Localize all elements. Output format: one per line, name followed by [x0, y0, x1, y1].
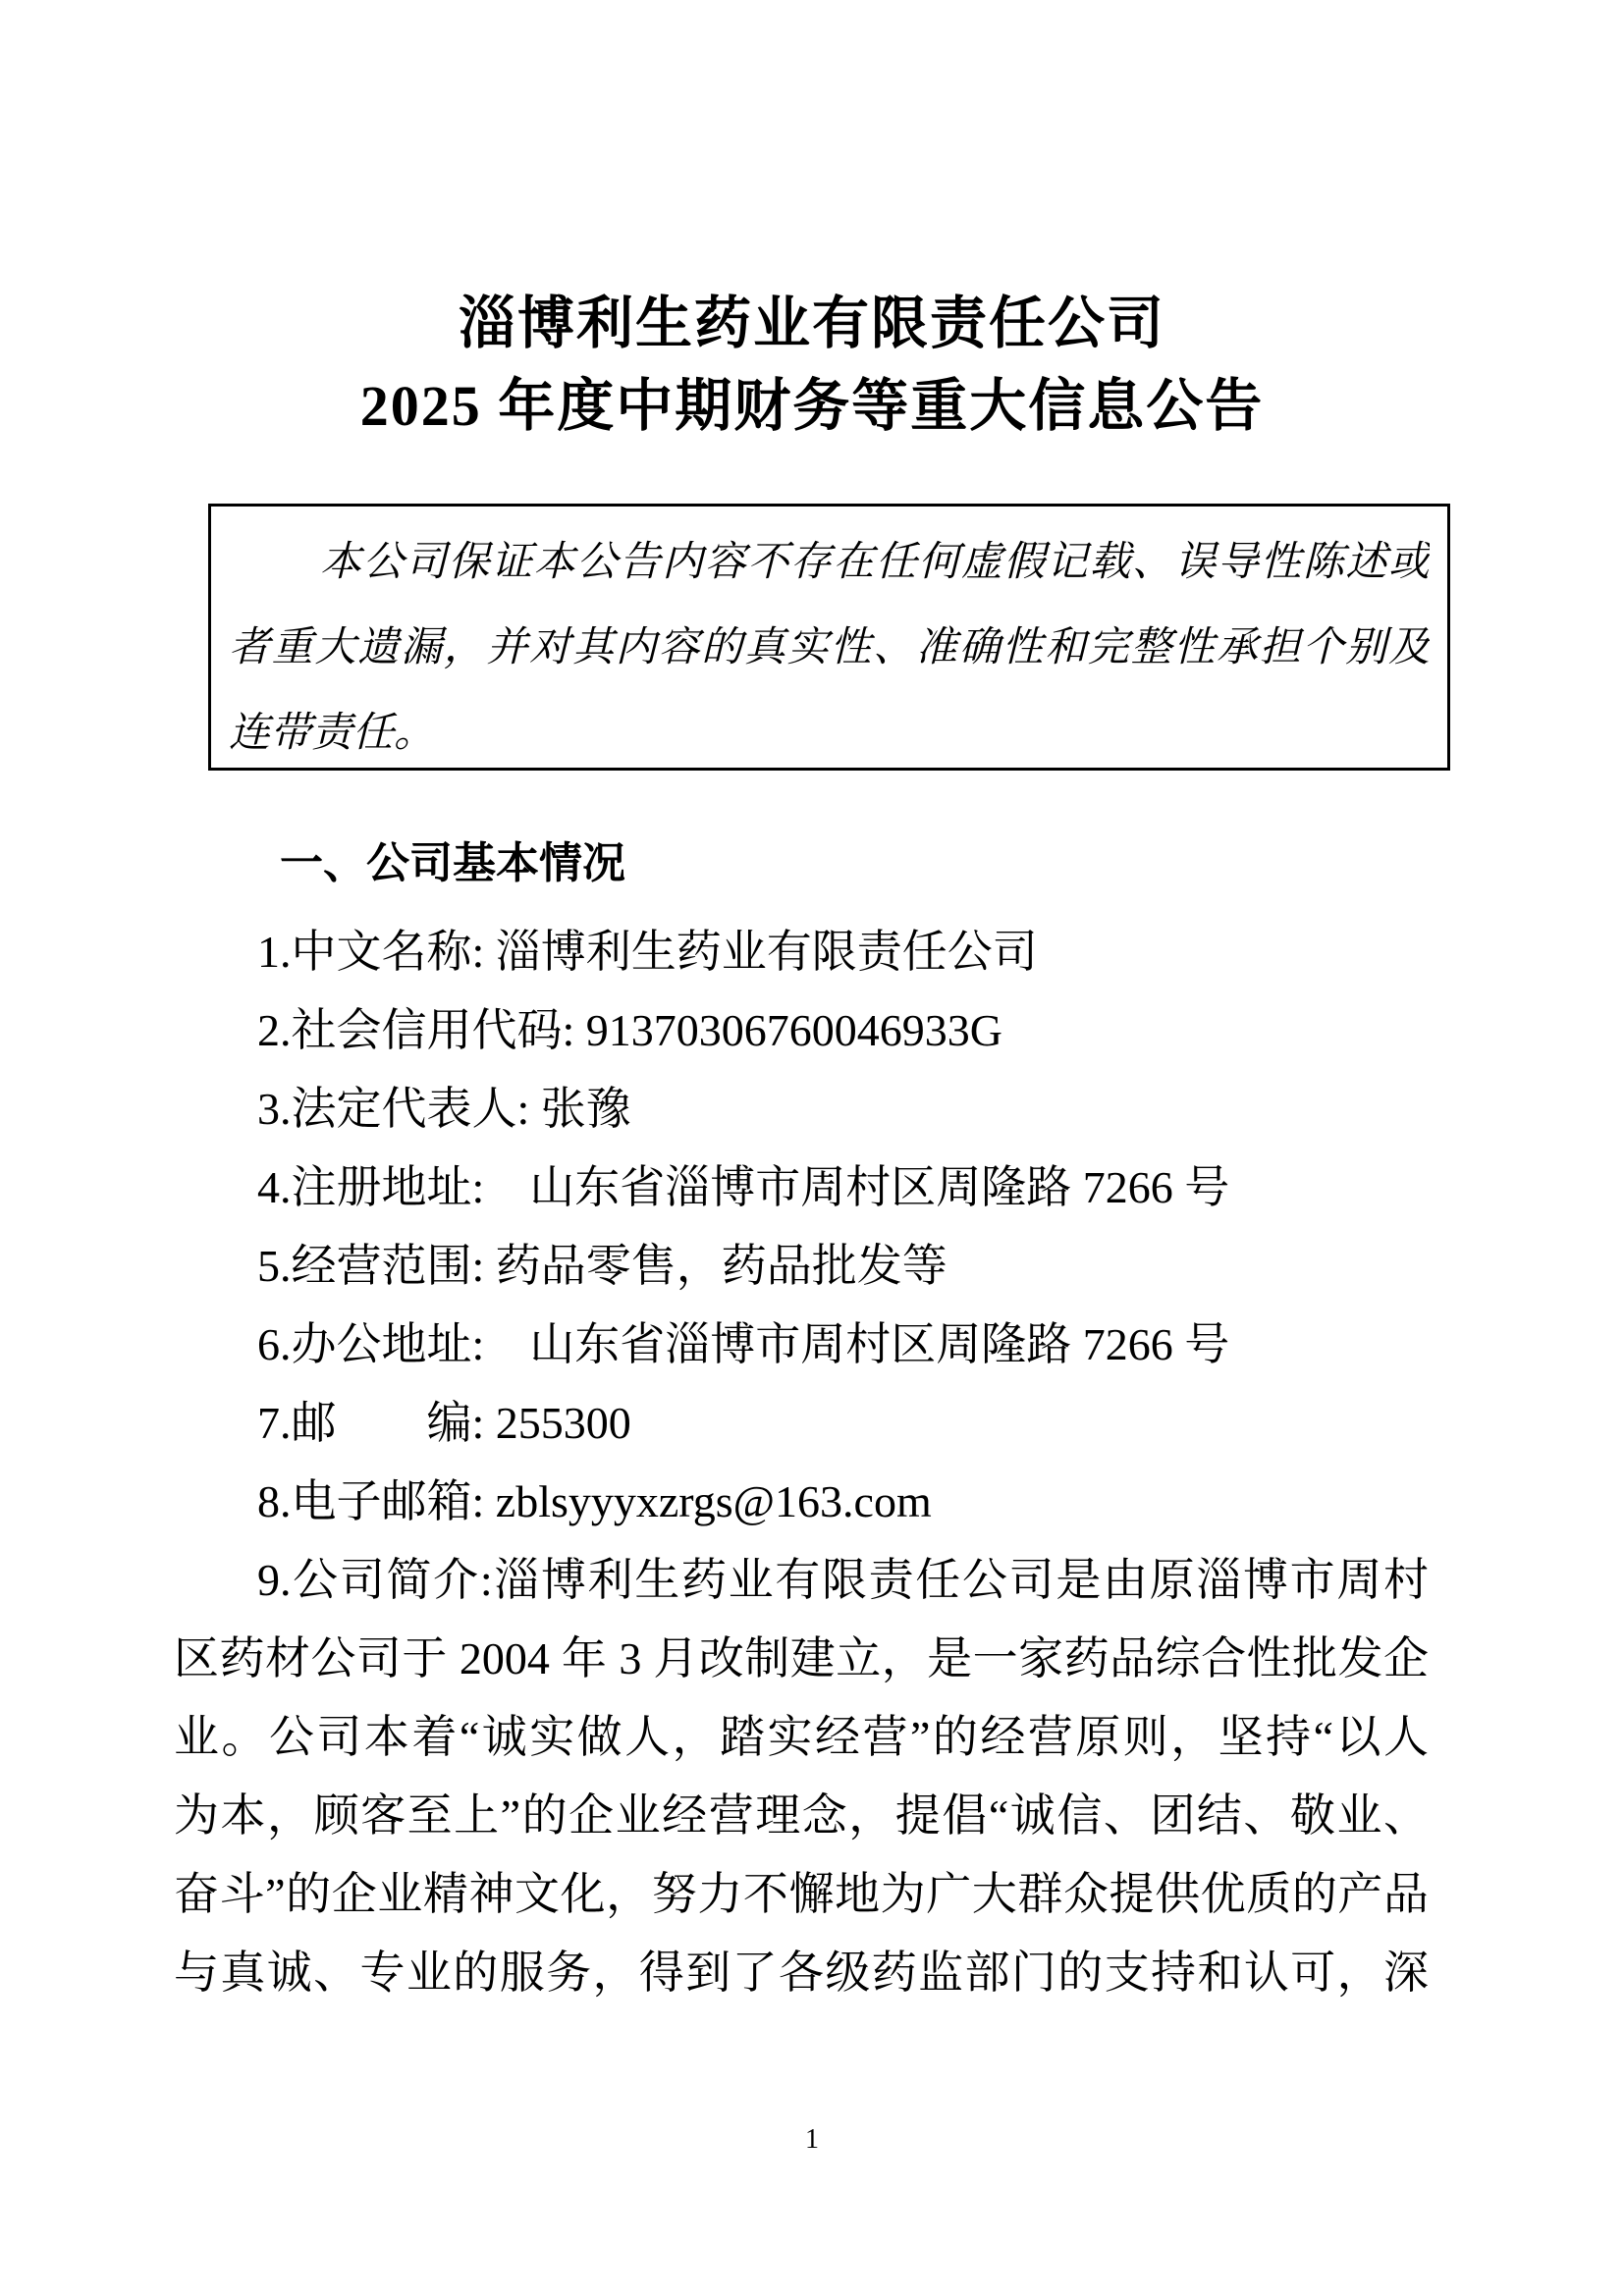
- company-intro-line-5: 奋斗”的企业精神文化，努力不懈地为广大群众提供优质的产品: [174, 1855, 1429, 1934]
- document-title-line-2: 2025 年度中期财务等重大信息公告: [0, 369, 1624, 444]
- company-intro-line-4: 为本，顾客至上”的企业经营理念，提倡“诚信、团结、敬业、: [174, 1777, 1429, 1855]
- info-item-chinese-name: 1.中文名称: 淄博利生药业有限责任公司: [174, 913, 1429, 991]
- section-heading-company-basic-info: 一、公司基本情况: [280, 825, 625, 903]
- disclaimer-box: 本公司保证本公告内容不存在任何虚假记载、误导性陈述或 者重大遗漏，并对其内容的真…: [208, 504, 1450, 771]
- company-intro-line-2: 区药材公司于 2004 年 3 月改制建立，是一家药品综合性批发企: [174, 1620, 1429, 1698]
- info-item-credit-code: 2.社会信用代码: 91370306760046933G: [174, 991, 1429, 1070]
- info-item-legal-rep: 3.法定代表人: 张豫: [174, 1070, 1429, 1148]
- document-page: 淄博利生药业有限责任公司 2025 年度中期财务等重大信息公告 本公司保证本公告…: [0, 0, 1624, 2296]
- company-info-list: 1.中文名称: 淄博利生药业有限责任公司 2.社会信用代码: 913703067…: [174, 913, 1429, 2012]
- page-number: 1: [0, 2120, 1624, 2160]
- info-item-registered-address: 4.注册地址: 山东省淄博市周村区周隆路 7266 号: [174, 1148, 1429, 1227]
- company-intro-line-1: 9.公司简介:淄博利生药业有限责任公司是由原淄博市周村: [174, 1541, 1429, 1620]
- disclaimer-line-1: 本公司保证本公告内容不存在任何虚假记载、误导性陈述或: [229, 520, 1430, 606]
- info-item-email: 8.电子邮箱: zblsyyyxzrgs@163.com: [174, 1463, 1429, 1541]
- info-item-office-address: 6.办公地址: 山东省淄博市周村区周隆路 7266 号: [174, 1306, 1429, 1384]
- disclaimer-line-2: 者重大遗漏，并对其内容的真实性、准确性和完整性承担个别及: [229, 606, 1430, 691]
- disclaimer-line-3: 连带责任。: [229, 691, 1430, 776]
- info-item-postal-code: 7.邮 编: 255300: [174, 1384, 1429, 1463]
- info-item-business-scope: 5.经营范围: 药品零售，药品批发等: [174, 1227, 1429, 1306]
- company-intro-line-3: 业。公司本着“诚实做人，踏实经营”的经营原则，坚持“以人: [174, 1698, 1429, 1777]
- document-title-line-1: 淄博利生药业有限责任公司: [0, 287, 1624, 361]
- company-intro-line-6: 与真诚、专业的服务，得到了各级药监部门的支持和认可，深受: [174, 1934, 1429, 2012]
